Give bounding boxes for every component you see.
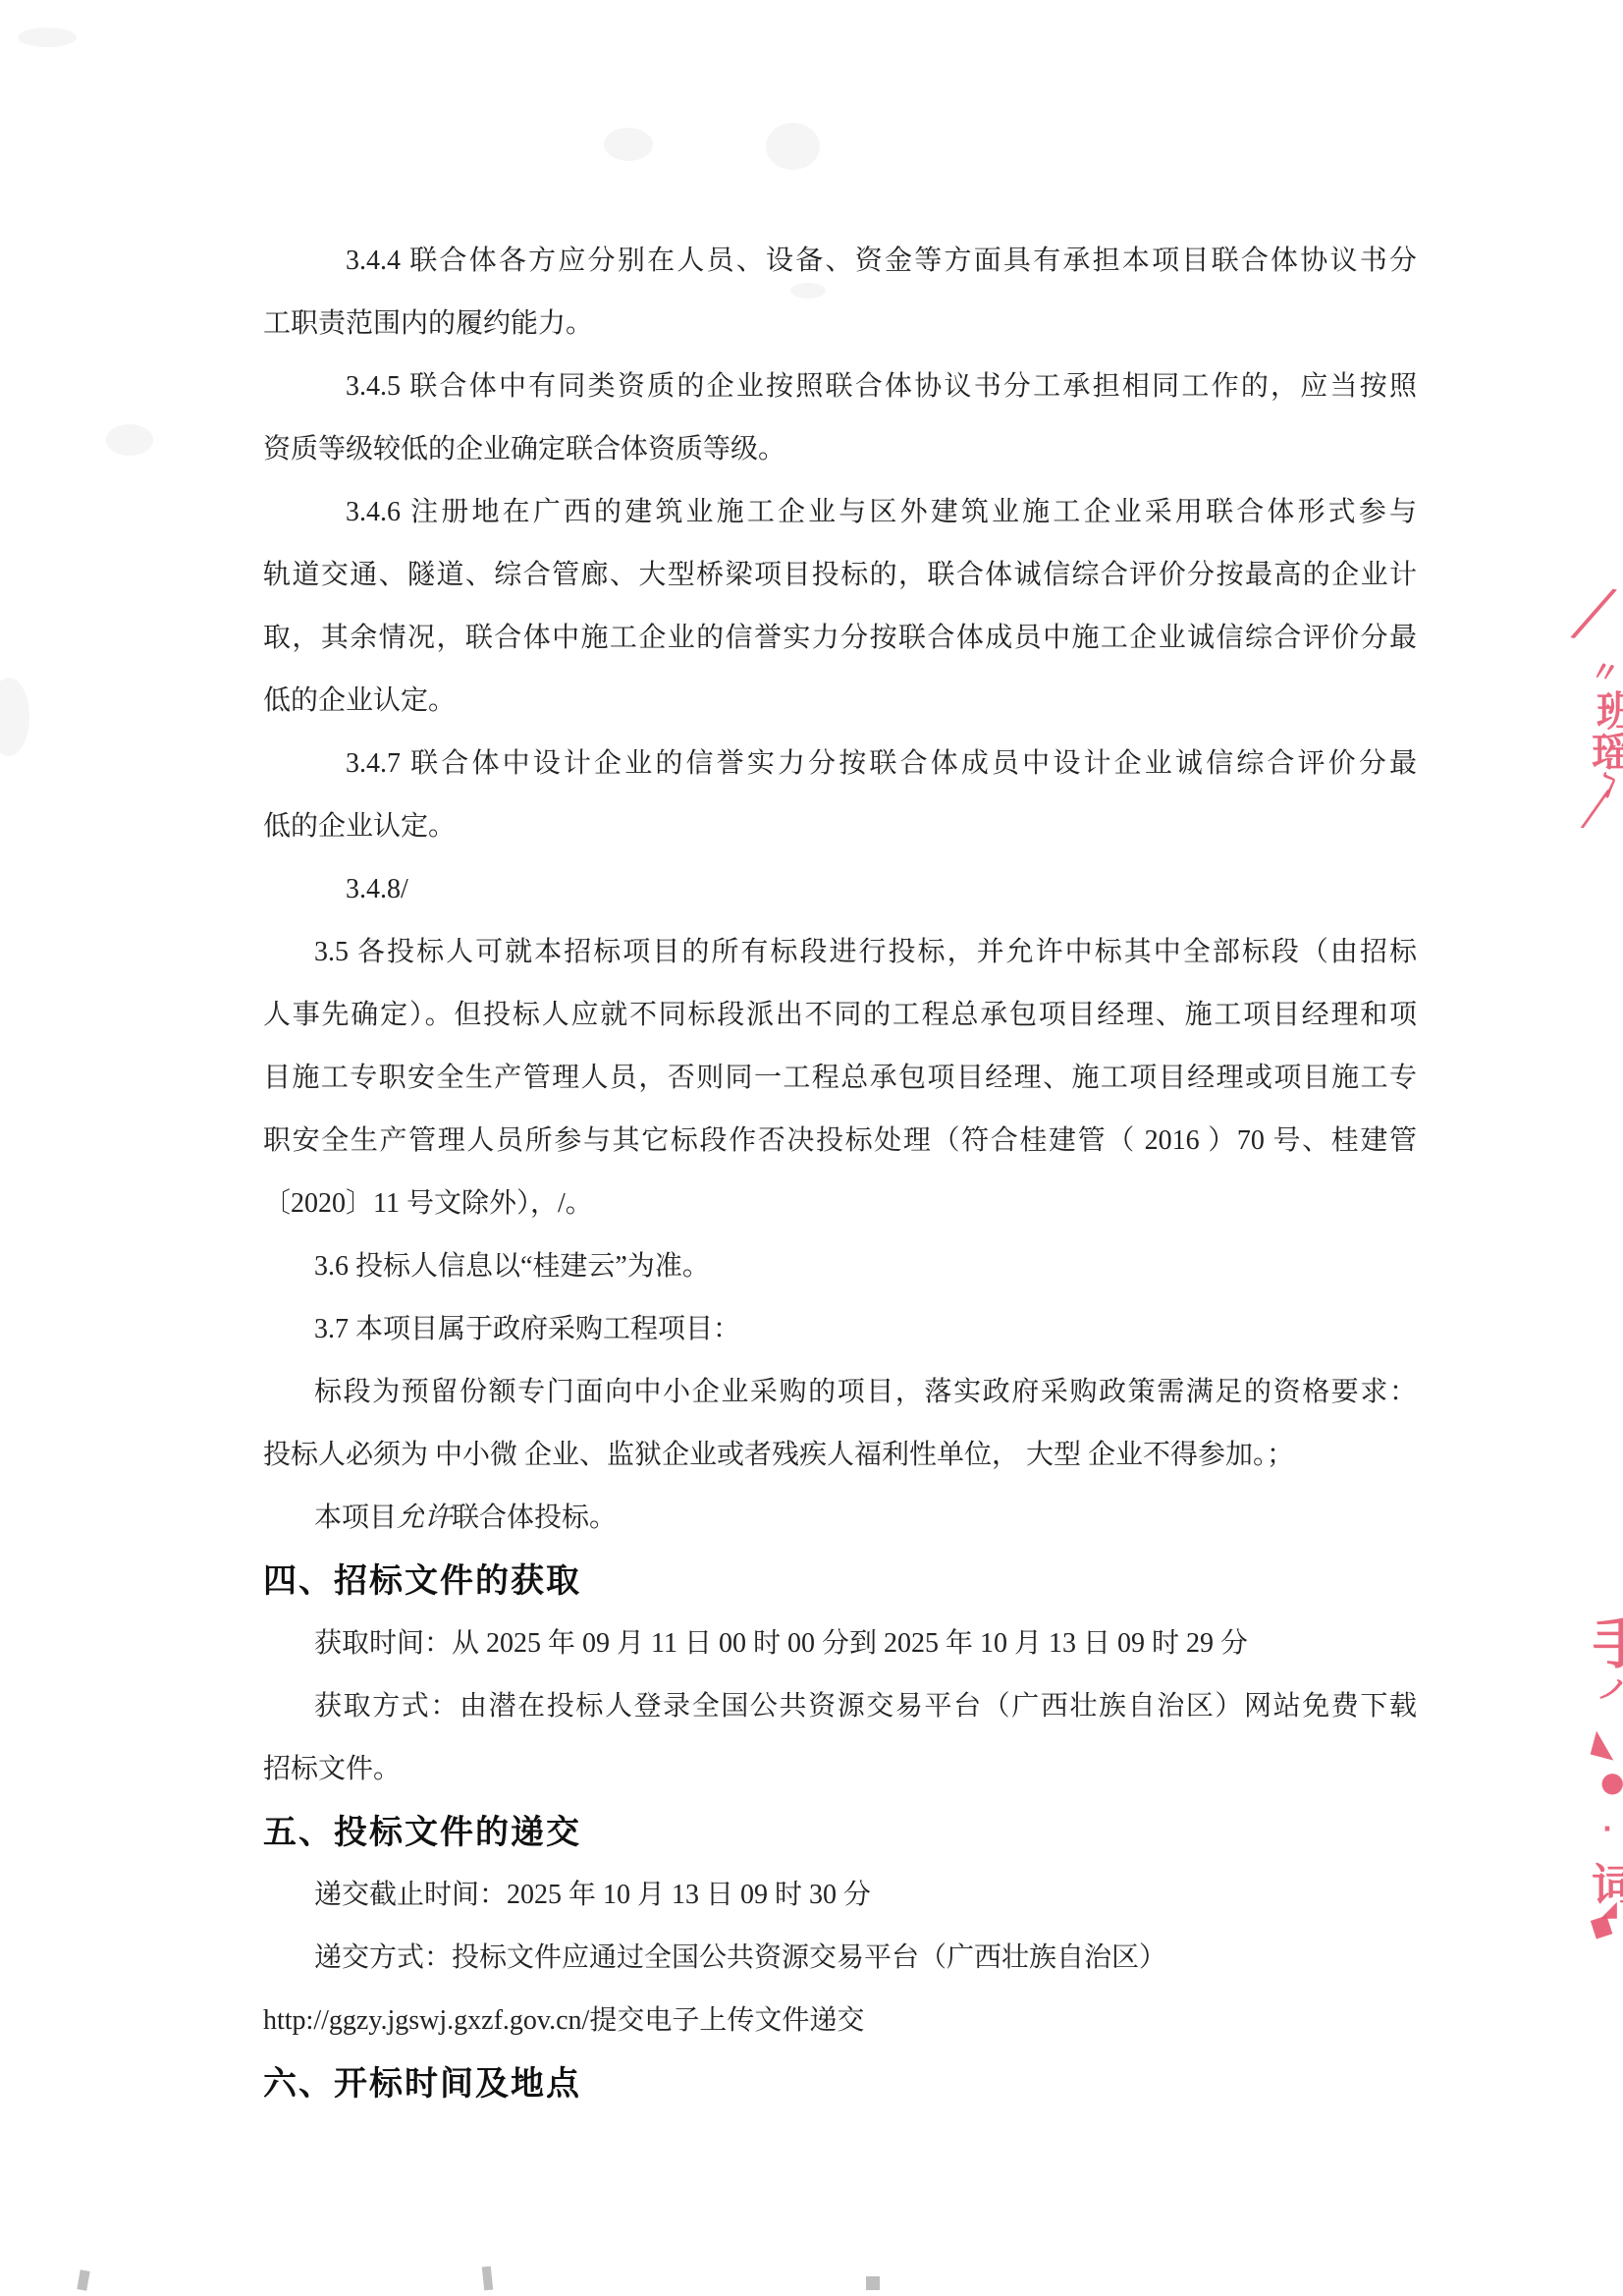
text-line: 职安全生产管理人员所参与其它标段作否决投标处理（符合桂建管（ 2016 ）70 … bbox=[263, 1110, 1417, 1173]
section-heading: 六、开标时间及地点 bbox=[263, 2052, 1417, 2115]
text-line: 投标人必须为 中小微 企业、监狱企业或者残疾人福利性单位， 大型 企业不得参加。… bbox=[263, 1424, 1417, 1487]
red-ink-stroke: ヘ bbox=[1587, 764, 1623, 803]
red-ink-stroke: 班 bbox=[1596, 680, 1623, 738]
scan-mark bbox=[866, 2276, 880, 2290]
paragraph: 标段为预留份额专门面向中小企业采购的项目，落实政府采购政策需满足的资格要求：投标… bbox=[263, 1361, 1417, 1487]
section-heading: 四、招标文件的获取 bbox=[263, 1550, 1417, 1613]
scan-smudge bbox=[106, 424, 153, 456]
text-line: 标段为预留份额专门面向中小企业采购的项目，落实政府采购政策需满足的资格要求： bbox=[263, 1361, 1417, 1424]
paragraph: 获取方式：由潜在投标人登录全国公共资源交易平台（广西壮族自治区）网站免费下载招标… bbox=[263, 1675, 1417, 1801]
red-ink-stroke: ╱ bbox=[1572, 582, 1614, 645]
red-ink-stroke: 词 bbox=[1592, 1850, 1623, 1915]
text-line: 获取方式：由潜在投标人登录全国公共资源交易平台（广西壮族自治区）网站免费下载 bbox=[263, 1675, 1417, 1738]
text-line: 本项目允许联合体投标。 bbox=[263, 1487, 1417, 1550]
heading-line: 六、开标时间及地点 bbox=[263, 2052, 1417, 2115]
text-line: 招标文件。 bbox=[263, 1738, 1417, 1801]
text-line: 3.4.8/ bbox=[263, 858, 1417, 921]
document-page: 3.4.4 联合体各方应分别在人员、设备、资金等方面具有承担本项目联合体协议书分… bbox=[0, 0, 1623, 2296]
scan-mark bbox=[77, 2269, 89, 2290]
scan-smudge bbox=[766, 123, 820, 170]
paragraph: 3.6 投标人信息以“桂建云”为准。 bbox=[263, 1235, 1417, 1298]
heading-line: 五、投标文件的递交 bbox=[263, 1801, 1417, 1864]
paragraph: 获取时间：从 2025 年 09 月 11 日 00 时 00 分到 2025 … bbox=[263, 1613, 1417, 1675]
text-line: 3.4.5 联合体中有同类资质的企业按照联合体协议书分工承担相同工作的，应当按照 bbox=[263, 355, 1417, 418]
document-body: 3.4.4 联合体各方应分别在人员、设备、资金等方面具有承担本项目联合体协议书分… bbox=[263, 230, 1417, 2115]
paragraph: 3.4.7 联合体中设计企业的信誉实力分按联合体成员中设计企业诚信综合评价分最低… bbox=[263, 733, 1417, 858]
red-ink-stroke: ● bbox=[1600, 1766, 1623, 1798]
paragraph: 递交截止时间：2025 年 10 月 13 日 09 时 30 分 bbox=[263, 1864, 1417, 1927]
paragraph: 3.4.6 注册地在广西的建筑业施工企业与区外建筑业施工企业采用联合体形式参与轨… bbox=[263, 481, 1417, 733]
text-line: http://ggzy.jgswj.gxzf.gov.cn/提交电子上传文件递交 bbox=[263, 1990, 1417, 2052]
text-line: 3.4.6 注册地在广西的建筑业施工企业与区外建筑业施工企业采用联合体形式参与 bbox=[263, 481, 1417, 544]
text-line: 3.5 各投标人可就本招标项目的所有标段进行投标，并允许中标其中全部标段（由招标 bbox=[263, 921, 1417, 984]
text-line: 递交方式：投标文件应通过全国公共资源交易平台（广西壮族自治区） bbox=[263, 1927, 1417, 1990]
text-line: 3.6 投标人信息以“桂建云”为准。 bbox=[263, 1235, 1417, 1298]
red-ink-stroke: ▆ bbox=[1590, 1911, 1613, 1940]
text-line: 工职责范围内的履约能力。 bbox=[263, 293, 1417, 355]
text-line: 目施工专职安全生产管理人员，否则同一工程总承包项目经理、施工项目经理或项目施工专 bbox=[263, 1047, 1417, 1110]
emphasized-text: 允许 bbox=[397, 1503, 452, 1533]
red-ink-stroke: ◣ bbox=[1590, 1722, 1623, 1764]
text-line: 3.4.7 联合体中设计企业的信誉实力分按联合体成员中设计企业诚信综合评价分最 bbox=[263, 733, 1417, 795]
red-ink-stroke: 〃 bbox=[1587, 646, 1623, 694]
paragraph: 递交方式：投标文件应通过全国公共资源交易平台（广西壮族自治区） bbox=[263, 1927, 1417, 1990]
text-segment: 联合体投标。 bbox=[452, 1503, 617, 1533]
text-line: 人事先确定）。但投标人应就不同标段派出不同的工程总承包项目经理、施工项目经理和项 bbox=[263, 984, 1417, 1047]
red-ink-stroke: ╱ bbox=[1582, 789, 1608, 832]
text-line: 递交截止时间：2025 年 10 月 13 日 09 时 30 分 bbox=[263, 1864, 1417, 1927]
paragraph: 3.4.5 联合体中有同类资质的企业按照联合体协议书分工承担相同工作的，应当按照… bbox=[263, 355, 1417, 481]
text-line: 〔2020〕11 号文除外），/。 bbox=[263, 1173, 1417, 1235]
paragraph: 3.5 各投标人可就本招标项目的所有标段进行投标，并允许中标其中全部标段（由招标… bbox=[263, 921, 1417, 1235]
scan-smudge bbox=[18, 27, 77, 47]
text-line: 获取时间：从 2025 年 09 月 11 日 00 时 00 分到 2025 … bbox=[263, 1613, 1417, 1675]
scan-mark bbox=[482, 2267, 493, 2291]
text-line: 取，其余情况，联合体中施工企业的信誉实力分按联合体成员中施工企业诚信综合评价分最 bbox=[263, 607, 1417, 670]
text-line: 资质等级较低的企业确定联合体资质等级。 bbox=[263, 418, 1417, 481]
paragraph: http://ggzy.jgswj.gxzf.gov.cn/提交电子上传文件递交 bbox=[263, 1990, 1417, 2052]
paragraph: 3.4.4 联合体各方应分别在人员、设备、资金等方面具有承担本项目联合体协议书分… bbox=[263, 230, 1417, 355]
paragraph: 本项目允许联合体投标。 bbox=[263, 1487, 1417, 1550]
paragraph: 3.7 本项目属于政府采购工程项目： bbox=[263, 1298, 1417, 1361]
text-line: 3.4.4 联合体各方应分别在人员、设备、资金等方面具有承担本项目联合体协议书分 bbox=[263, 230, 1417, 293]
red-ink-stroke: ◢ bbox=[1600, 1897, 1617, 1922]
heading-line: 四、招标文件的获取 bbox=[263, 1550, 1417, 1613]
section-heading: 五、投标文件的递交 bbox=[263, 1801, 1417, 1864]
text-segment: 本项目 bbox=[314, 1503, 397, 1533]
text-line: 低的企业认定。 bbox=[263, 670, 1417, 733]
scan-smudge bbox=[604, 128, 653, 161]
red-ink-stroke: ノ bbox=[1595, 1663, 1623, 1711]
red-ink-stroke: 手 bbox=[1593, 1597, 1623, 1679]
paragraph: 3.4.8/ bbox=[263, 858, 1417, 921]
red-ink-stroke: · bbox=[1602, 1815, 1612, 1844]
text-line: 低的企业认定。 bbox=[263, 795, 1417, 858]
text-line: 3.7 本项目属于政府采购工程项目： bbox=[263, 1298, 1417, 1361]
scan-smudge bbox=[0, 678, 29, 756]
text-line: 轨道交通、隧道、综合管廊、大型桥梁项目投标的，联合体诚信综合评价分按最高的企业计 bbox=[263, 544, 1417, 607]
red-ink-stroke: 瑶 bbox=[1592, 721, 1623, 780]
